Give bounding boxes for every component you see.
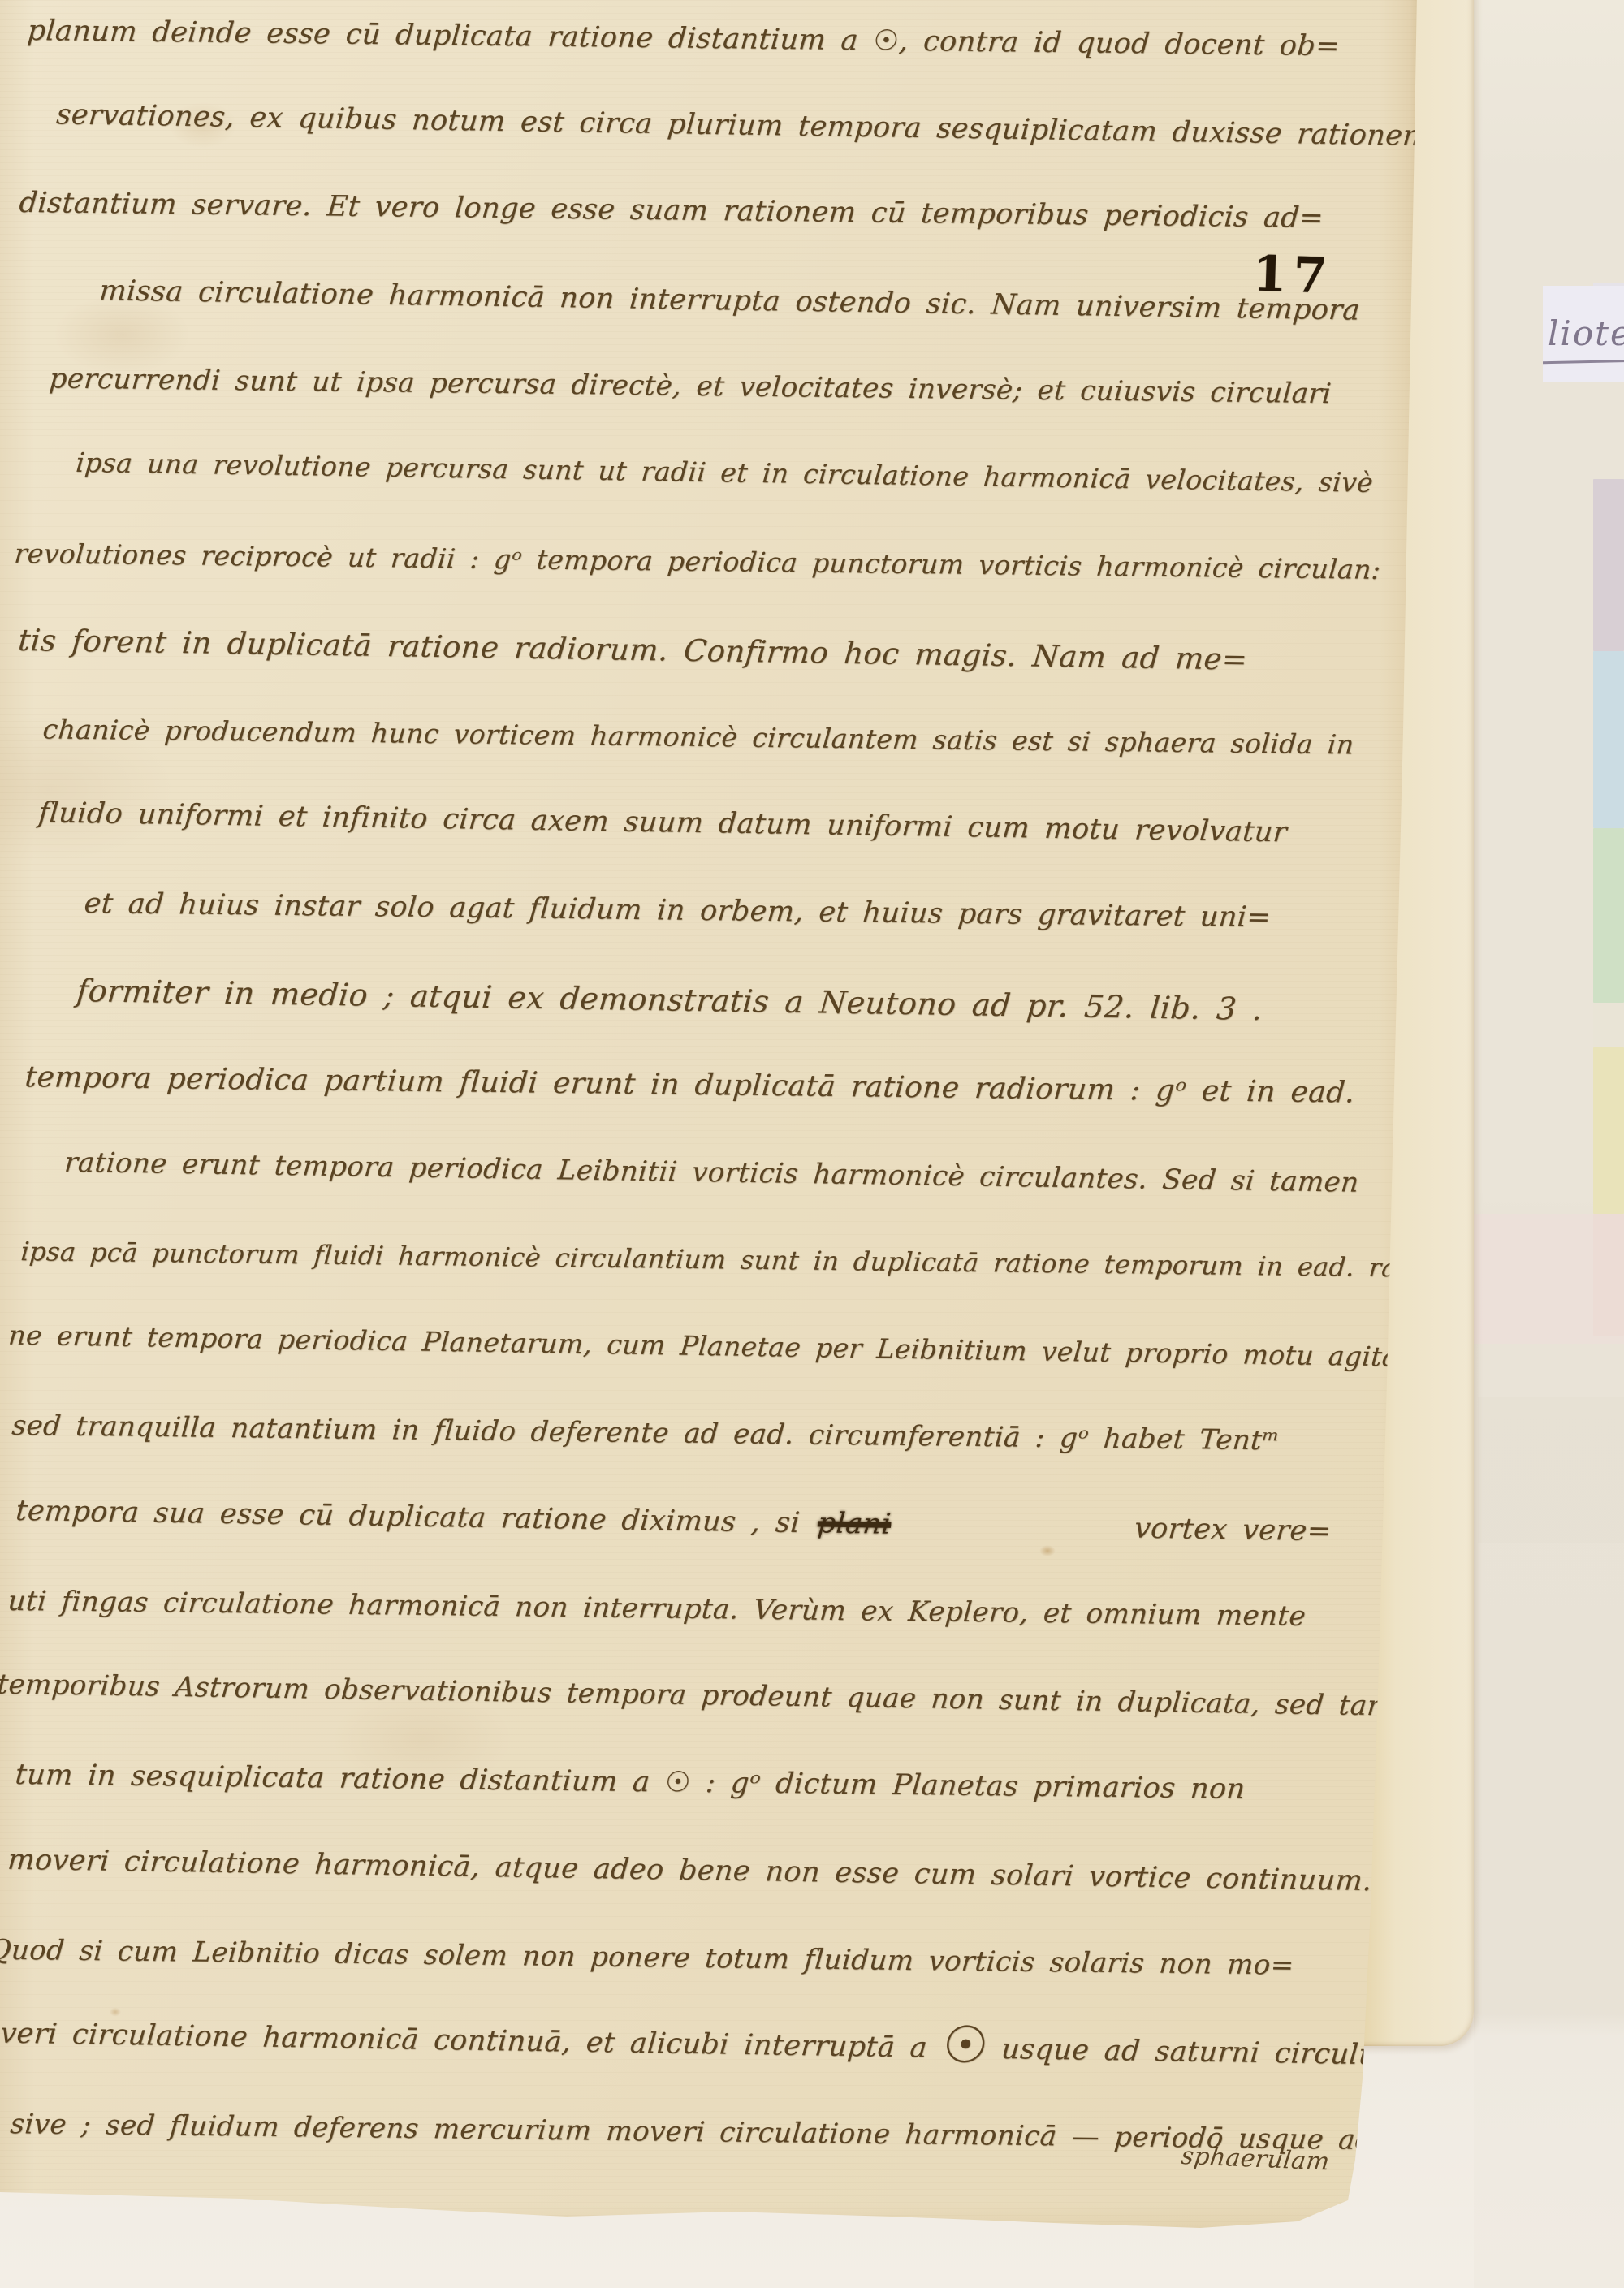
color-band — [1593, 479, 1624, 651]
color-band — [1593, 1214, 1624, 1336]
color-band — [1593, 651, 1624, 828]
manuscript-line: fluido uniformi et infinito circa axem s… — [37, 796, 1289, 848]
manuscript-line: et ad huius instar solo agat fluidum in … — [83, 887, 1272, 934]
manuscript-line: sed tranquilla natantium in fluido defer… — [11, 1409, 1281, 1457]
manuscript-line: tempora periodica partium fluidi erunt i… — [24, 1060, 1356, 1109]
line-segment: tempora sua esse cū duplicata ratione di… — [15, 1495, 801, 1539]
manuscript-line: ratione erunt tempora periodica Leibniti… — [63, 1146, 1360, 1199]
manuscript-line: veri circulatione harmonicā continuā, et… — [0, 2018, 1402, 2072]
text-layer: 17 sphaerulam planum deinde esse cū dupl… — [0, 0, 1445, 2270]
library-stamp-text: liote — [1548, 313, 1624, 353]
manuscript-line: revolutiones reciprocè ut radii : gᵒ tem… — [13, 537, 1382, 585]
manuscript-line: temporibus Astrorum observationibus temp… — [0, 1669, 1410, 1723]
manuscript-line: chanicè producendum hunc vorticem harmon… — [41, 713, 1355, 760]
struck-word: plani — [816, 1507, 892, 1540]
manuscript-line: distantium servare. Et vero longe esse s… — [18, 187, 1324, 235]
library-stamp: liote — [1543, 286, 1624, 382]
color-calibration-strip — [1593, 276, 1624, 1348]
manuscript-line: servationes, ex quibus notum est circa p… — [55, 98, 1432, 153]
photo-canvas: liote 17 sphaerulam planum deinde esse c… — [0, 0, 1624, 2288]
line-segment: ☉ — [940, 2015, 991, 2075]
manuscript-line: ipsa pcā punctorum fluidi harmonicè circ… — [19, 1236, 1421, 1283]
manuscript-line: uti fingas circulatione harmonicā non in… — [6, 1585, 1307, 1633]
color-band — [1593, 1003, 1624, 1047]
manuscript-line: tum in sesquiplicata ratione distantium … — [14, 1759, 1246, 1806]
manuscript-line: planum deinde esse cū duplicata ratione … — [26, 15, 1341, 63]
color-band — [1593, 1047, 1624, 1214]
manuscript-line: formiter in medio ; atqui ex demonstrati… — [76, 973, 1264, 1027]
line-segment: usque ad saturni circulu= — [1000, 2033, 1403, 2072]
manuscript-line: ipsa una revolutione percursa sunt ut ra… — [75, 447, 1375, 499]
manuscript-page: 17 sphaerulam planum deinde esse cū dupl… — [0, 0, 1429, 2251]
line-segment: vortex vere= — [1133, 1513, 1332, 1548]
backing-tone-patch — [1478, 1397, 1624, 1543]
manuscript-line: percurrendi sunt ut ipsa percursa direct… — [48, 362, 1332, 410]
manuscript-line: ne erunt tempora periodica Planetarum, c… — [7, 1319, 1459, 1374]
manuscript-line: tis forent in duplicatā ratione radiorum… — [17, 623, 1249, 677]
manuscript-line: Quod si cum Leibnitio dicas solem non po… — [0, 1934, 1295, 1982]
manuscript-line: moveri circulatione harmonicā, atque ade… — [6, 1844, 1374, 1897]
library-stamp-underline — [1543, 360, 1624, 365]
color-band — [1593, 828, 1624, 1003]
manuscript-line: tempora sua esse cū duplicata ratione di… — [15, 1495, 1332, 1548]
manuscript-line: sive ; sed fluidum deferens mercurium mo… — [9, 2108, 1439, 2157]
manuscript-line: missa circulatione harmonicā non interru… — [98, 274, 1362, 326]
line-segment: veri circulatione harmonicā continuā, et… — [0, 2018, 944, 2065]
